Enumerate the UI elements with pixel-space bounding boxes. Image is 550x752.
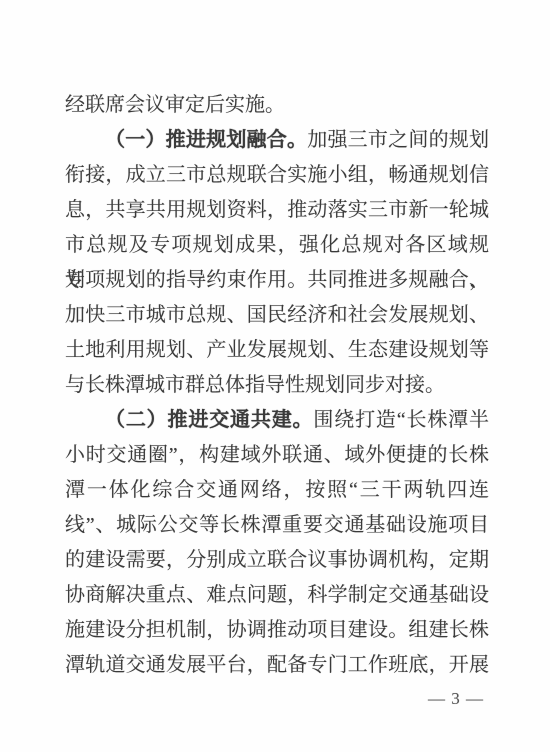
text-line: 衔接，成立三市总规联合实施小组，畅通规划信 bbox=[65, 158, 489, 193]
text-line: 市总规及专项规划成果，强化总规对各区域规划、 bbox=[65, 228, 489, 263]
text-line: 息，共享共用规划资料，推动落实三市新一轮城 bbox=[65, 193, 489, 228]
document-body: 经联席会议审定后实施。（一）推进规划融合。加强三市之间的规划衔接，成立三市总规联… bbox=[65, 88, 489, 683]
text-line: 经联席会议审定后实施。 bbox=[65, 88, 489, 123]
text-segment: 协商解决重点、难点问题，科学制定交通基础设 bbox=[65, 584, 489, 606]
text-segment: 潭轨道交通发展平台，配备专门工作班底，开展 bbox=[65, 654, 489, 676]
text-line: 土地利用规划、产业发展规划、生态建设规划等 bbox=[65, 333, 489, 368]
text-line: 小时交通圈”，构建域外联通、域外便捷的长株 bbox=[65, 438, 489, 473]
text-segment: 息，共享共用规划资料，推动落实三市新一轮城 bbox=[65, 199, 489, 221]
text-line: 的建设需要，分别成立联合议事协调机构，定期 bbox=[65, 543, 489, 578]
text-line: 线”、城际公交等长株潭重要交通基础设施项目 bbox=[65, 508, 489, 543]
text-segment: 施建设分担机制，协调推动项目建设。组建长株 bbox=[65, 619, 489, 641]
text-segment: 潭一体化综合交通网络，按照“三干两轨四连 bbox=[65, 479, 489, 501]
document-page: 经联席会议审定后实施。（一）推进规划融合。加强三市之间的规划衔接，成立三市总规联… bbox=[0, 0, 550, 752]
text-segment: 衔接，成立三市总规联合实施小组，畅通规划信 bbox=[65, 164, 489, 186]
text-segment: 线”、城际公交等长株潭重要交通基础设施项目 bbox=[65, 514, 489, 536]
text-line: 施建设分担机制，协调推动项目建设。组建长株 bbox=[65, 613, 489, 648]
text-line: （一）推进规划融合。加强三市之间的规划 bbox=[65, 123, 489, 158]
text-segment: 与长株潭城市群总体指导性规划同步对接。 bbox=[65, 374, 445, 396]
text-line: 协商解决重点、难点问题，科学制定交通基础设 bbox=[65, 578, 489, 613]
page-number: — 3 — bbox=[428, 688, 484, 710]
section-heading-segment: （二）推进交通共建。 bbox=[105, 409, 313, 431]
text-line: 专项规划的指导约束作用。共同推进多规融合， bbox=[65, 263, 489, 298]
section-heading-segment: （一）推进规划融合。 bbox=[105, 129, 307, 151]
text-segment: 专项规划的指导约束作用。共同推进多规融合， bbox=[65, 269, 489, 291]
text-line: 潭一体化综合交通网络，按照“三干两轨四连 bbox=[65, 473, 489, 508]
text-segment: 土地利用规划、产业发展规划、生态建设规划等 bbox=[65, 339, 489, 361]
text-line: （二）推进交通共建。围绕打造“长株潭半 bbox=[65, 403, 489, 438]
text-segment: 的建设需要，分别成立联合议事协调机构，定期 bbox=[65, 549, 489, 571]
text-line: 与长株潭城市群总体指导性规划同步对接。 bbox=[65, 368, 489, 403]
text-segment: 经联席会议审定后实施。 bbox=[65, 94, 285, 116]
text-segment: 加强三市之间的规划 bbox=[307, 129, 489, 151]
text-line: 加快三市城市总规、国民经济和社会发展规划、 bbox=[65, 298, 489, 333]
text-segment: 围绕打造“长株潭半 bbox=[313, 409, 489, 431]
text-segment: 小时交通圈”，构建域外联通、域外便捷的长株 bbox=[65, 444, 489, 466]
text-line: 潭轨道交通发展平台，配备专门工作班底，开展 bbox=[65, 648, 489, 683]
text-segment: 加快三市城市总规、国民经济和社会发展规划、 bbox=[65, 304, 489, 326]
